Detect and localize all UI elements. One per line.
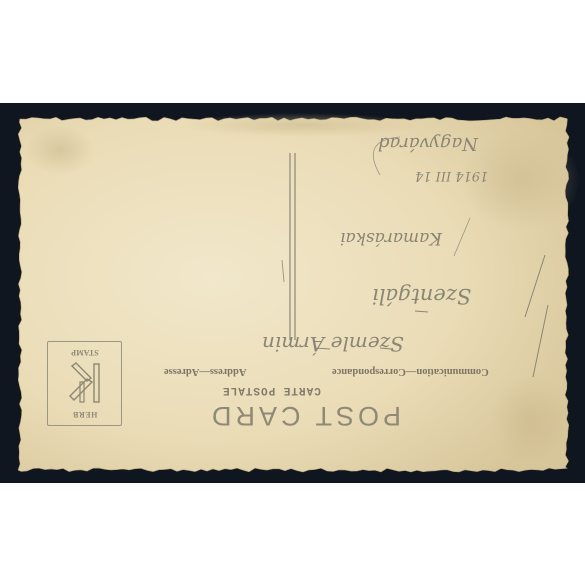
communication-label: Communication—Correspondance — [332, 366, 489, 377]
postcard-subtitle: CARTE POSTALE — [222, 384, 321, 396]
handwriting-line-2: 1914 III 14 — [415, 168, 488, 183]
handwriting-line-4: Szentgáli — [372, 284, 471, 308]
stamp-bottom-text: HERB — [55, 410, 115, 419]
stamp-logo-icon — [62, 360, 108, 406]
handwriting-line-1: Nagyvárad — [378, 133, 478, 154]
address-label: Address—Adresse — [164, 366, 246, 377]
postcard-title: POST CARD — [208, 400, 401, 431]
stamp-top-text: STAMP — [55, 348, 115, 357]
handwriting-line-5: Szemle Ármin — [262, 332, 404, 356]
handwriting-line-3: Kamaráskai — [340, 228, 442, 248]
postcard-paper — [0, 0, 585, 585]
